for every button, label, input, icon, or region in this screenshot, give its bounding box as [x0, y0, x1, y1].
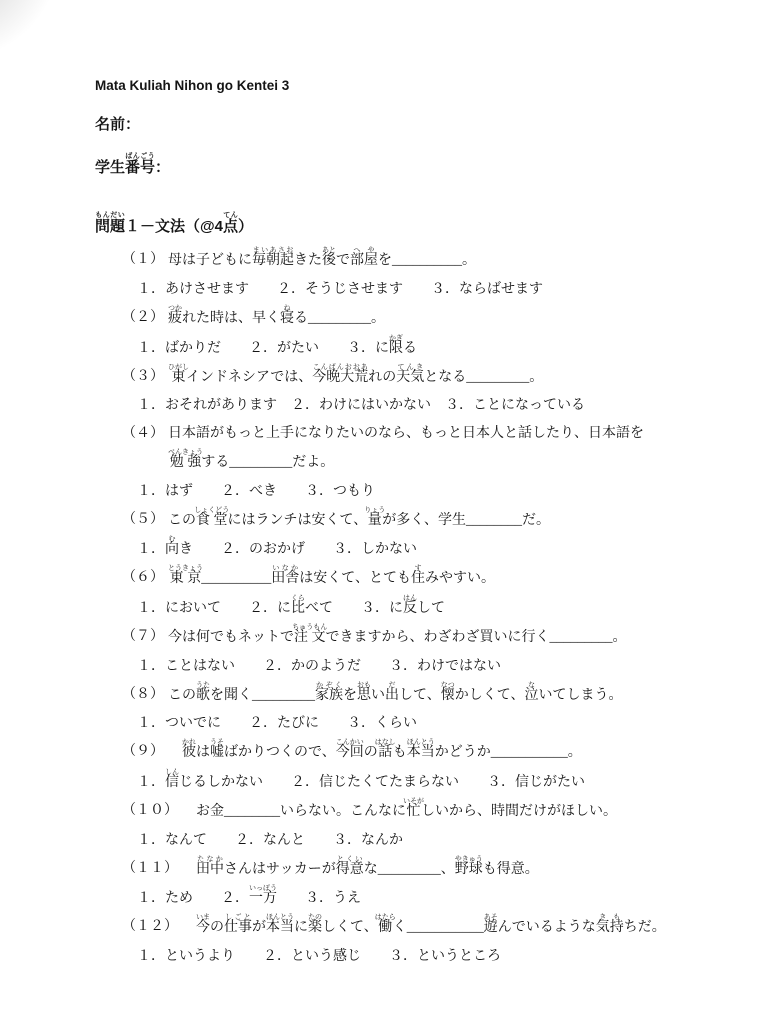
question-text: 今は何でもネットで注文ちゅうもんできますから、わざわざ買いに行く________…: [168, 623, 708, 653]
question-item: （１２） 今いまの仕事しごとが本当ほんとうに楽たのしくて、働はたらく______…: [122, 913, 708, 971]
question-item: （７） 今は何でもネットで注文ちゅうもんできますから、わざわざ買いに行く____…: [122, 623, 708, 681]
question-line: （１１） 田中たなかさんはサッカーが得意とくいな_________、野球やきゅう…: [122, 855, 708, 885]
question-line: （６） 東京とうきょう__________田舎いなかは安くて、とても住すみやすい…: [122, 564, 708, 594]
question-options: １．向むき ２．のおかげ ３．しかない: [137, 535, 708, 564]
question-options: １．ついでに ２．たびに ３．くらい: [137, 710, 708, 738]
question-number: （３）: [122, 363, 164, 393]
question-text: 田中たなかさんはサッカーが得意とくいな_________、野球やきゅうも得意。: [182, 855, 708, 885]
question-number: （９）: [122, 738, 164, 768]
question-text: 東ひがしインドネシアでは、今晩大荒こんばんおおあれの天気てんきとなる______…: [168, 363, 708, 393]
document-content: Mata Kuliah Nihon go Kentei 3 名前： 学生番号ばん…: [0, 0, 768, 971]
question-options: １．あけさせます ２．そうじさせます ３．ならばせます: [137, 276, 708, 304]
question-options: １．ばかりだ ２．がたい ３．に限かぎる: [137, 334, 708, 363]
question-line: （８） この歌うたを聞く_________家族かぞくを思おもい出だして、懐なつか…: [122, 681, 708, 711]
question-line: （７） 今は何でもネットで注文ちゅうもんできますから、わざわざ買いに行く____…: [122, 623, 708, 653]
question-number: （５）: [122, 506, 164, 536]
question-options: １．はず ２．べき ３．つもり: [137, 478, 708, 506]
question-text: 東京とうきょう__________田舎いなかは安くて、とても住すみやすい。: [168, 564, 708, 594]
question-item: （９） 彼かれは嘘うそばかりつくので、今回こんかいの話はなしも本当ほんとうかどう…: [122, 738, 708, 797]
question-options: １．ことはない ２．かのようだ ３．わけではない: [137, 653, 708, 681]
question-text: この食堂しょくどうにはランチは安くて、量りょうが多く、学生________だ。: [168, 506, 708, 536]
question-item: （１） 母は子どもに毎朝起まいあさおきた後あとで部屋へやを__________。…: [122, 246, 708, 304]
name-label: 名前：: [95, 116, 708, 134]
document-title: Mata Kuliah Nihon go Kentei 3: [95, 78, 708, 94]
question-item: （１０） お金________いらない。こんなに忙いそがしいから、時間だけがほし…: [122, 797, 708, 855]
student-number-label: 学生番号ばんごう：: [95, 152, 708, 177]
question-options: １．おそれがあります ２．わけにはいかない ３．ことになっている: [137, 392, 708, 420]
question-number: （８）: [122, 681, 164, 711]
question-number: （１）: [122, 246, 164, 276]
question-line: （５） この食堂しょくどうにはランチは安くて、量りょうが多く、学生_______…: [122, 506, 708, 536]
question-item: （６） 東京とうきょう__________田舎いなかは安くて、とても住すみやすい…: [122, 564, 708, 623]
question-number: （１０）: [122, 797, 178, 827]
question-text: 今いまの仕事しごとが本当ほんとうに楽たのしくて、働はたらく___________…: [182, 913, 708, 943]
question-list: （１） 母は子どもに毎朝起まいあさおきた後あとで部屋へやを__________。…: [122, 246, 708, 971]
question-line: （２） 疲つかれた時は、早く寝ねる_________。: [122, 304, 708, 334]
question-text: この歌うたを聞く_________家族かぞくを思おもい出だして、懐なつかしくて、…: [168, 681, 708, 711]
question-item: （１１） 田中たなかさんはサッカーが得意とくいな_________、野球やきゅう…: [122, 855, 708, 914]
section-heading: 問題もんだい１－文法（@4点てん）: [95, 211, 708, 236]
question-line: （１０） お金________いらない。こんなに忙いそがしいから、時間だけがほし…: [122, 797, 708, 827]
question-item: （２） 疲つかれた時は、早く寝ねる_________。 １．ばかりだ ２．がたい…: [122, 304, 708, 363]
document-page: Mata Kuliah Nihon go Kentei 3 名前： 学生番号ばん…: [0, 0, 768, 1024]
question-line: （１） 母は子どもに毎朝起まいあさおきた後あとで部屋へやを__________。: [122, 246, 708, 276]
question-item: （４） 日本語がもっと上手になりたいのなら、もっと日本人と話したり、日本語を勉強…: [122, 420, 708, 505]
question-text: 疲つかれた時は、早く寝ねる_________。: [168, 304, 708, 334]
question-item: （３） 東ひがしインドネシアでは、今晩大荒こんばんおおあれの天気てんきとなる__…: [122, 363, 708, 421]
question-line: （９） 彼かれは嘘うそばかりつくので、今回こんかいの話はなしも本当ほんとうかどう…: [122, 738, 708, 768]
question-number: （４）: [122, 420, 164, 477]
question-text: 日本語がもっと上手になりたいのなら、もっと日本人と話したり、日本語を勉強べんきょ…: [168, 420, 708, 477]
question-item: （８） この歌うたを聞く_________家族かぞくを思おもい出だして、懐なつか…: [122, 681, 708, 739]
question-item: （５） この食堂しょくどうにはランチは安くて、量りょうが多く、学生_______…: [122, 506, 708, 565]
question-line: （４） 日本語がもっと上手になりたいのなら、もっと日本人と話したり、日本語を勉強…: [122, 420, 708, 477]
question-number: （７）: [122, 623, 164, 653]
question-number: （１１）: [122, 855, 178, 885]
question-text: 彼かれは嘘うそばかりつくので、今回こんかいの話はなしも本当ほんとうかどうか___…: [168, 738, 708, 768]
question-options: １．というより ２．という感じ ３．というところ: [137, 943, 708, 971]
question-number: （２）: [122, 304, 164, 334]
question-options: １．において ２．に比くらべて ３．に反はんして: [137, 594, 708, 623]
question-number: （６）: [122, 564, 164, 594]
question-line: （１２） 今いまの仕事しごとが本当ほんとうに楽たのしくて、働はたらく______…: [122, 913, 708, 943]
question-options: １．信しんじるしかない ２．信じたくてたまらない ３．信じがたい: [137, 768, 708, 797]
question-text: 母は子どもに毎朝起まいあさおきた後あとで部屋へやを__________。: [168, 246, 708, 276]
question-number: （１２）: [122, 913, 178, 943]
question-line: （３） 東ひがしインドネシアでは、今晩大荒こんばんおおあれの天気てんきとなる__…: [122, 363, 708, 393]
question-text: お金________いらない。こんなに忙いそがしいから、時間だけがほしい。: [182, 797, 708, 827]
question-options: １．ため ２．一方いっぽう ３．うえ: [137, 884, 708, 913]
question-options: １．なんて ２．なんと ３．なんか: [137, 827, 708, 855]
